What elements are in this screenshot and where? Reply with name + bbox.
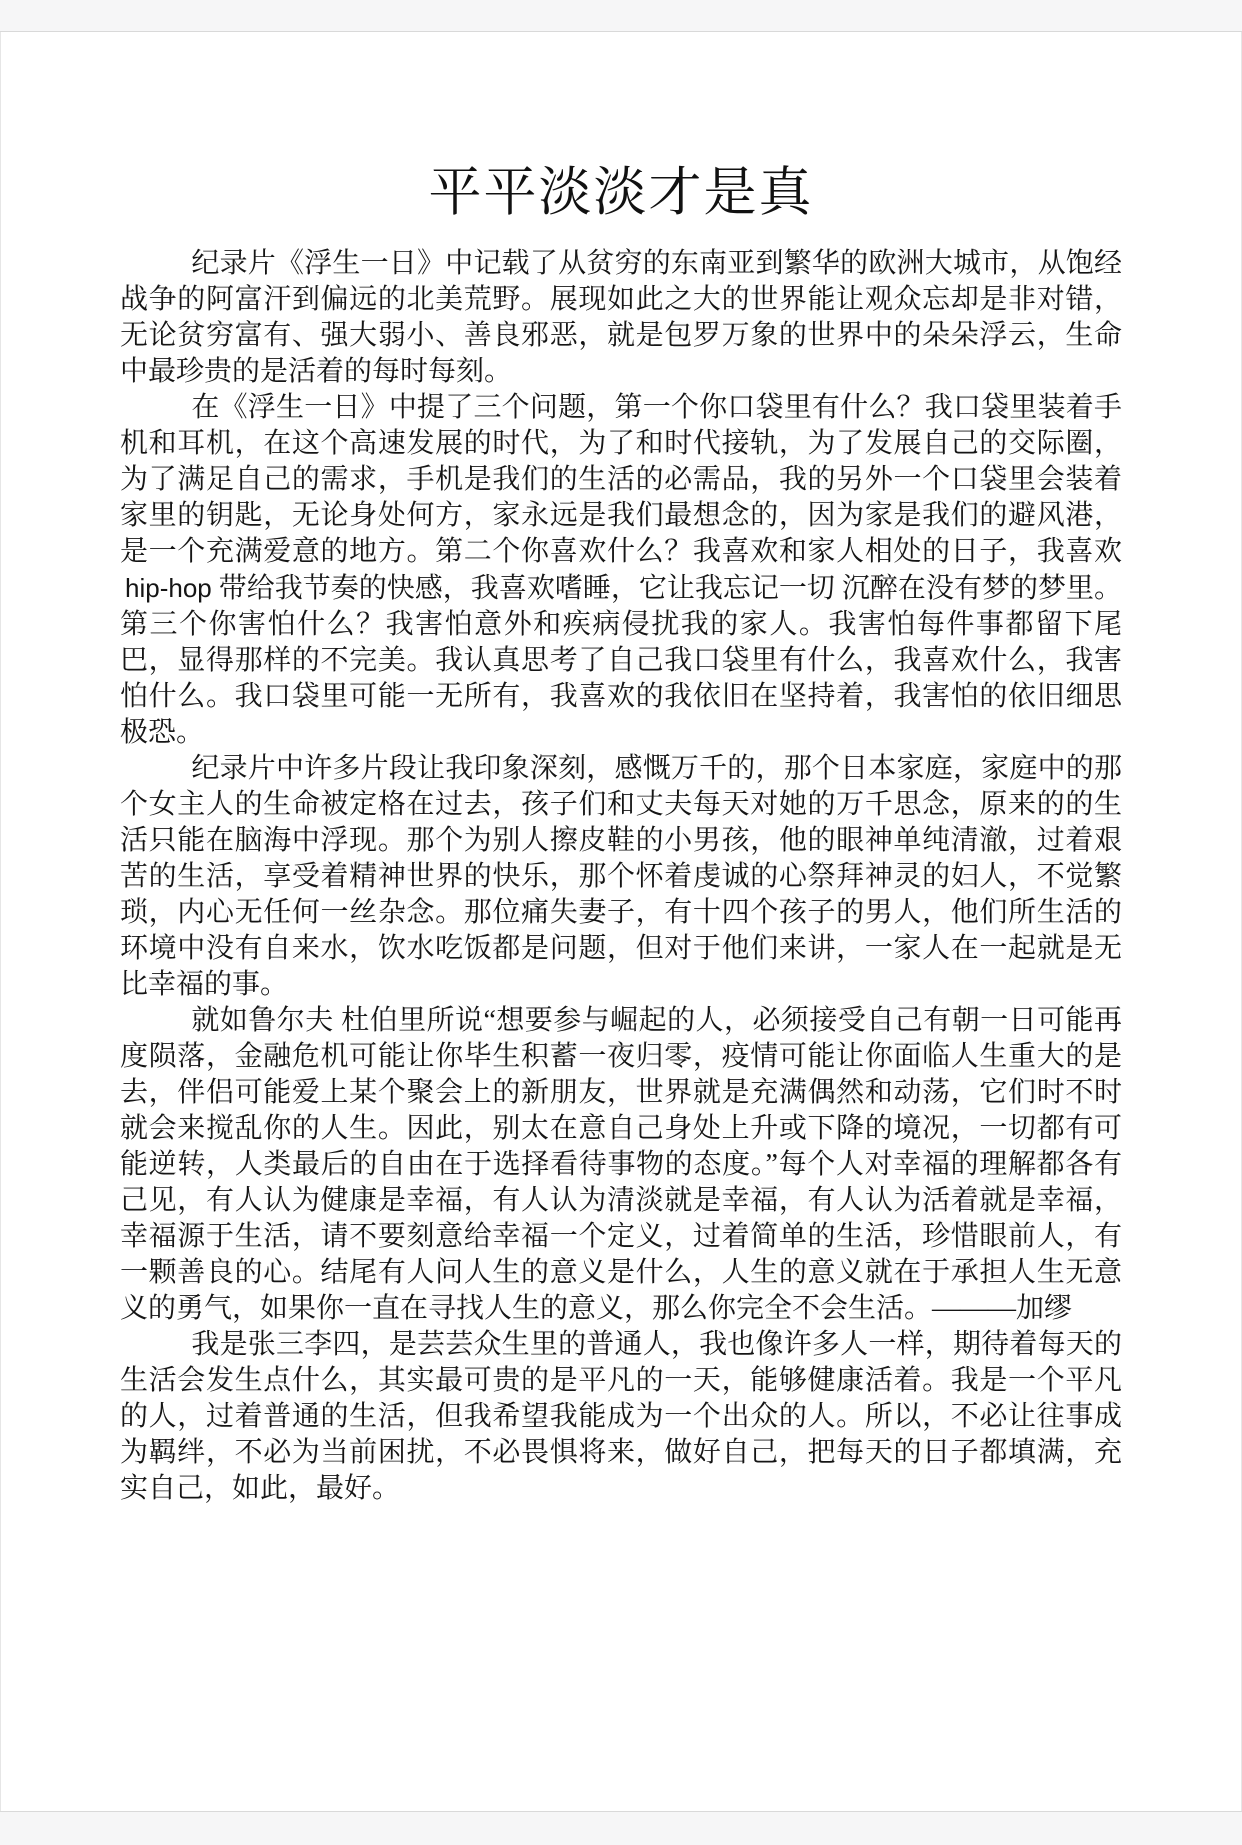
paragraph-2-text-after: 带给我节奏的快感，我喜欢嗜睡，它让我忘记一切 沉醉在没有梦的梦里。第三个你害怕什…: [120, 573, 1122, 748]
document-body: 纪录片《浮生一日》中记载了从贫穷的东南亚到繁华的欧洲大城市，从饱经战争的阿富汗到…: [120, 246, 1122, 1507]
paragraph-2-latin-word: hip-hop: [125, 573, 212, 603]
paragraph-4: 就如鲁尔夫 杜伯里所说“想要参与崛起的人，必须接受自己有朝一日可能再度陨落，金融…: [120, 1003, 1122, 1327]
paragraph-2: 在《浮生一日》中提了三个问题，第一个你口袋里有什么？我口袋里装着手机和耳机，在这…: [120, 390, 1122, 751]
paragraph-1: 纪录片《浮生一日》中记载了从贫穷的东南亚到繁华的欧洲大城市，从饱经战争的阿富汗到…: [120, 246, 1122, 390]
paragraph-2-text-before: 在《浮生一日》中提了三个问题，第一个你口袋里有什么？我口袋里装着手机和耳机，在这…: [120, 392, 1122, 567]
paragraph-3: 纪录片中许多片段让我印象深刻，感慨万千的，那个日本家庭，家庭中的那个女主人的生命…: [120, 751, 1122, 1003]
document-title: 平平淡淡才是真: [0, 150, 1242, 226]
paragraph-5: 我是张三李四，是芸芸众生里的普通人，我也像许多人一样，期待着每天的生活会发生点什…: [120, 1327, 1122, 1507]
document-viewer: 平平淡淡才是真 纪录片《浮生一日》中记载了从贫穷的东南亚到繁华的欧洲大城市，从饱…: [0, 0, 1242, 1845]
document-page: 平平淡淡才是真 纪录片《浮生一日》中记载了从贫穷的东南亚到繁华的欧洲大城市，从饱…: [0, 31, 1242, 1812]
